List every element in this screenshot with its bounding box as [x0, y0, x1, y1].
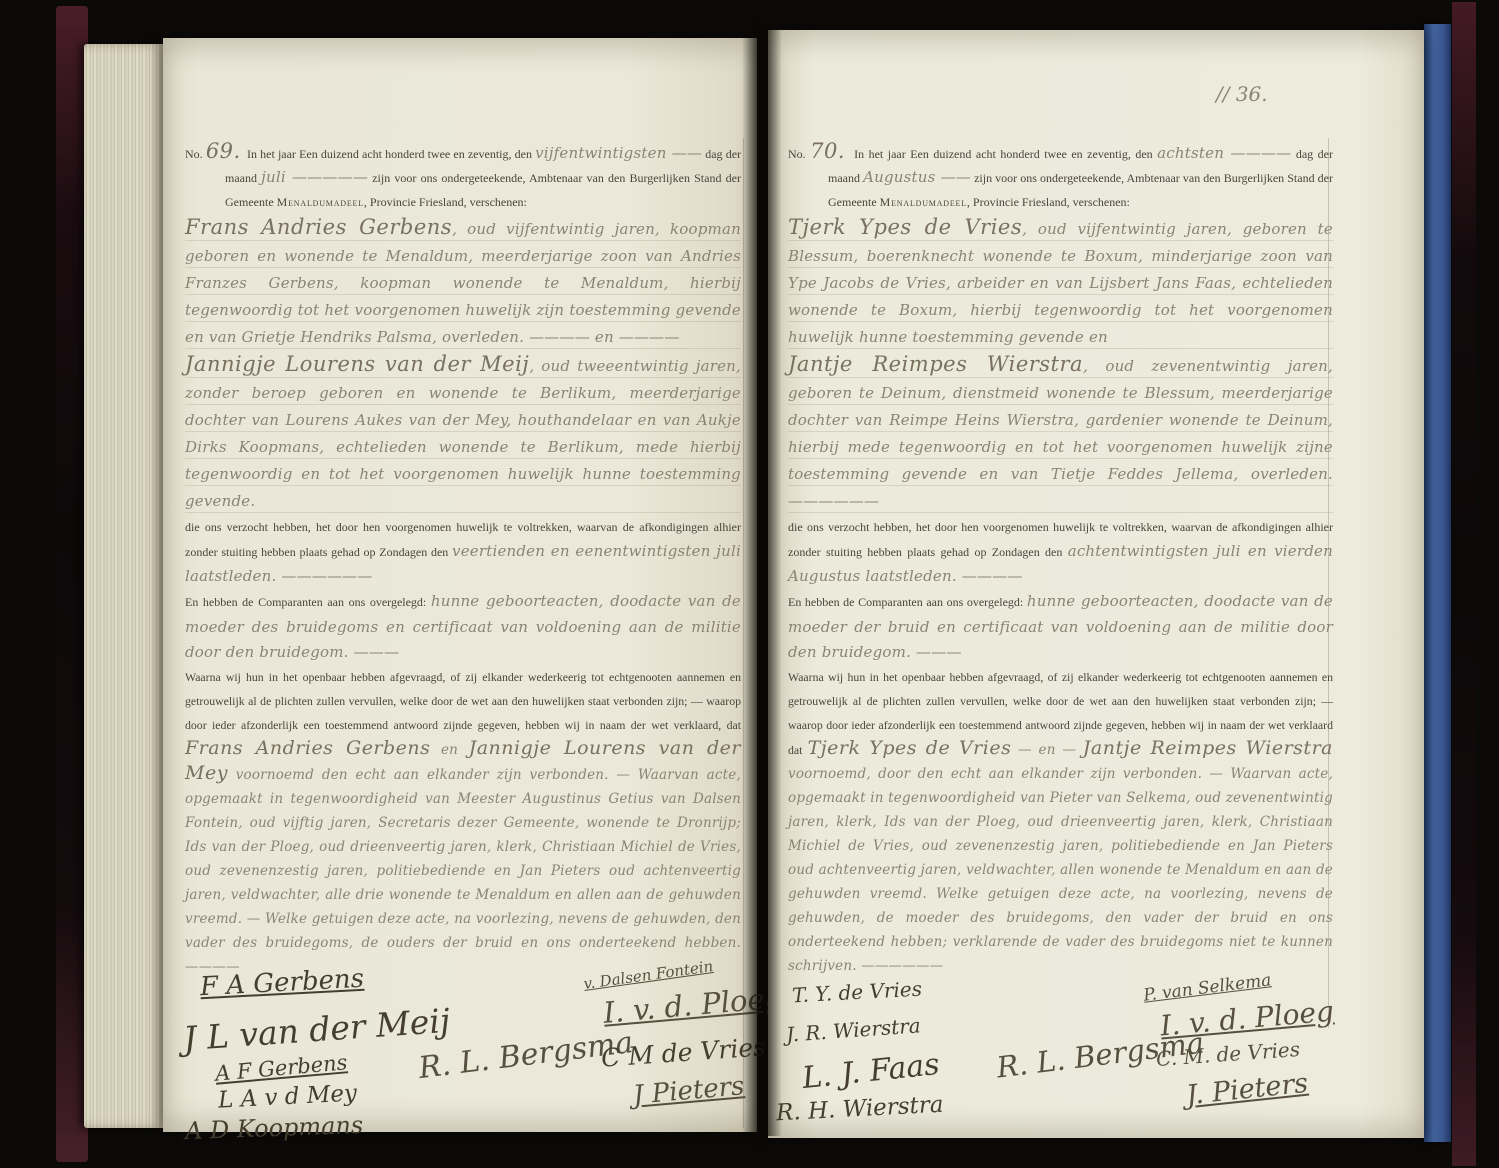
documents-paragraph: En hebben de Comparanten aan ons overgel…: [788, 589, 1333, 665]
text-segment: Frans Andries Gerbens: [185, 737, 430, 759]
text-segment: , oud tweeentwintig jaren, zonder beroep…: [185, 357, 746, 510]
acte-70-text: No. 70. In het jaar Een duizend acht hon…: [788, 140, 1333, 978]
signature-witness-ploeg: I. v. d. Ploeg: [602, 980, 785, 1030]
registry-book-photo: No. 69. In het jaar Een duizend acht hon…: [0, 0, 1499, 1168]
left-page-acte-69: No. 69. In het jaar Een duizend acht hon…: [163, 38, 757, 1132]
text-segment: voornoemd, door den echt aan elkander zi…: [788, 742, 1338, 974]
text-segment: juli —————: [261, 168, 368, 186]
text-segment: en: [430, 742, 468, 758]
text-segment: , Provincie Friesland, verschenen:: [364, 195, 527, 209]
text-segment: — en —: [1011, 742, 1082, 758]
right-page-acte-70: // 36. No. 70. In het jaar Een duizend a…: [768, 30, 1424, 1138]
text-segment: achtsten ————: [1157, 144, 1291, 162]
banns-paragraph: die ons verzocht hebben, het door hen vo…: [788, 515, 1333, 589]
declaration-paragraph: Waarna wij hun in het openbaar hebben af…: [788, 665, 1333, 978]
groom-paragraph: Frans Andries Gerbens, oud vijfentwintig…: [185, 214, 741, 351]
text-segment: Jannigje Lourens van der Meij: [185, 352, 529, 376]
text-segment: Frans Andries Gerbens: [185, 215, 452, 239]
text-segment: En hebben de Comparanten aan ons overgel…: [788, 595, 1027, 609]
text-segment: En hebben de Comparanten aan ons overgel…: [185, 595, 431, 609]
text-segment: voornoemd den echt aan elkander zijn ver…: [185, 767, 746, 975]
text-segment: Jantje Reimpes Wierstra: [1083, 737, 1333, 759]
text-segment: 70.: [810, 139, 845, 163]
text-segment: Menaldumadeel: [277, 195, 364, 209]
text-segment: Menaldumadeel: [880, 195, 967, 209]
text-segment: 69.: [206, 139, 241, 163]
signature-mother-groom: L. J. Faas: [801, 1047, 942, 1096]
acte-69-text: No. 69. In het jaar Een duizend acht hon…: [185, 140, 741, 979]
text-segment: Waarna wij hun in het openbaar hebben af…: [185, 670, 744, 732]
signature-father-bride: L A v d Mey: [217, 1080, 357, 1113]
bride-paragraph: Jantje Reimpes Wierstra, oud zevenentwin…: [788, 351, 1333, 515]
documents-paragraph: En hebben de Comparanten aan ons overgel…: [185, 589, 741, 665]
text-segment: vijfentwintigsten ——: [535, 144, 702, 162]
text-segment: Jantje Reimpes Wierstra: [788, 352, 1083, 376]
banns-paragraph: die ons verzocht hebben, het door hen vo…: [185, 515, 741, 589]
text-segment: , Provincie Friesland, verschenen:: [967, 195, 1130, 209]
page-stack-edge: [84, 44, 164, 1128]
text-segment: Augustus ——: [863, 168, 971, 186]
bride-paragraph: Jannigje Lourens van der Meij, oud tweee…: [185, 351, 741, 515]
signature-groom: T. Y. de Vries: [791, 977, 922, 1008]
signature-witness-pieters: J Pieters: [632, 1071, 746, 1111]
text-segment: Tjerk Ypes de Vries: [788, 215, 1022, 239]
text-segment: In het jaar Een duizend acht honderd twe…: [845, 147, 1157, 161]
text-segment: Tjerk Ypes de Vries: [808, 737, 1012, 759]
signature-father-groom: A F Gerbens: [214, 1050, 348, 1085]
signature-bride: J. R. Wierstra: [785, 1013, 921, 1046]
signature-witness-pieters: J. Pieters: [1185, 1068, 1310, 1112]
groom-paragraph: Tjerk Ypes de Vries, oud vijfentwintig j…: [788, 214, 1333, 351]
text-segment: No.: [788, 147, 810, 161]
acte-header: No. 69. In het jaar Een duizend acht hon…: [185, 140, 741, 214]
folio-number: // 36.: [1216, 82, 1268, 106]
signature-mother-bride: A D Koopmans: [185, 1111, 364, 1145]
signature-bride: J L van der Meij: [182, 1001, 451, 1059]
book-cover-blue-right: [1424, 24, 1451, 1142]
book-cover-maroon-right: [1452, 2, 1476, 1166]
text-segment: , oud zevenentwintig jaren, geboren te D…: [788, 357, 1338, 510]
text-segment: In het jaar Een duizend acht honderd twe…: [241, 147, 535, 161]
declaration-paragraph: Waarna wij hun in het openbaar hebben af…: [185, 665, 741, 979]
text-segment: No.: [185, 147, 206, 161]
acte-header: No. 70. In het jaar Een duizend acht hon…: [788, 140, 1333, 214]
signature-father-bride: R. H. Wierstra: [775, 1092, 944, 1127]
